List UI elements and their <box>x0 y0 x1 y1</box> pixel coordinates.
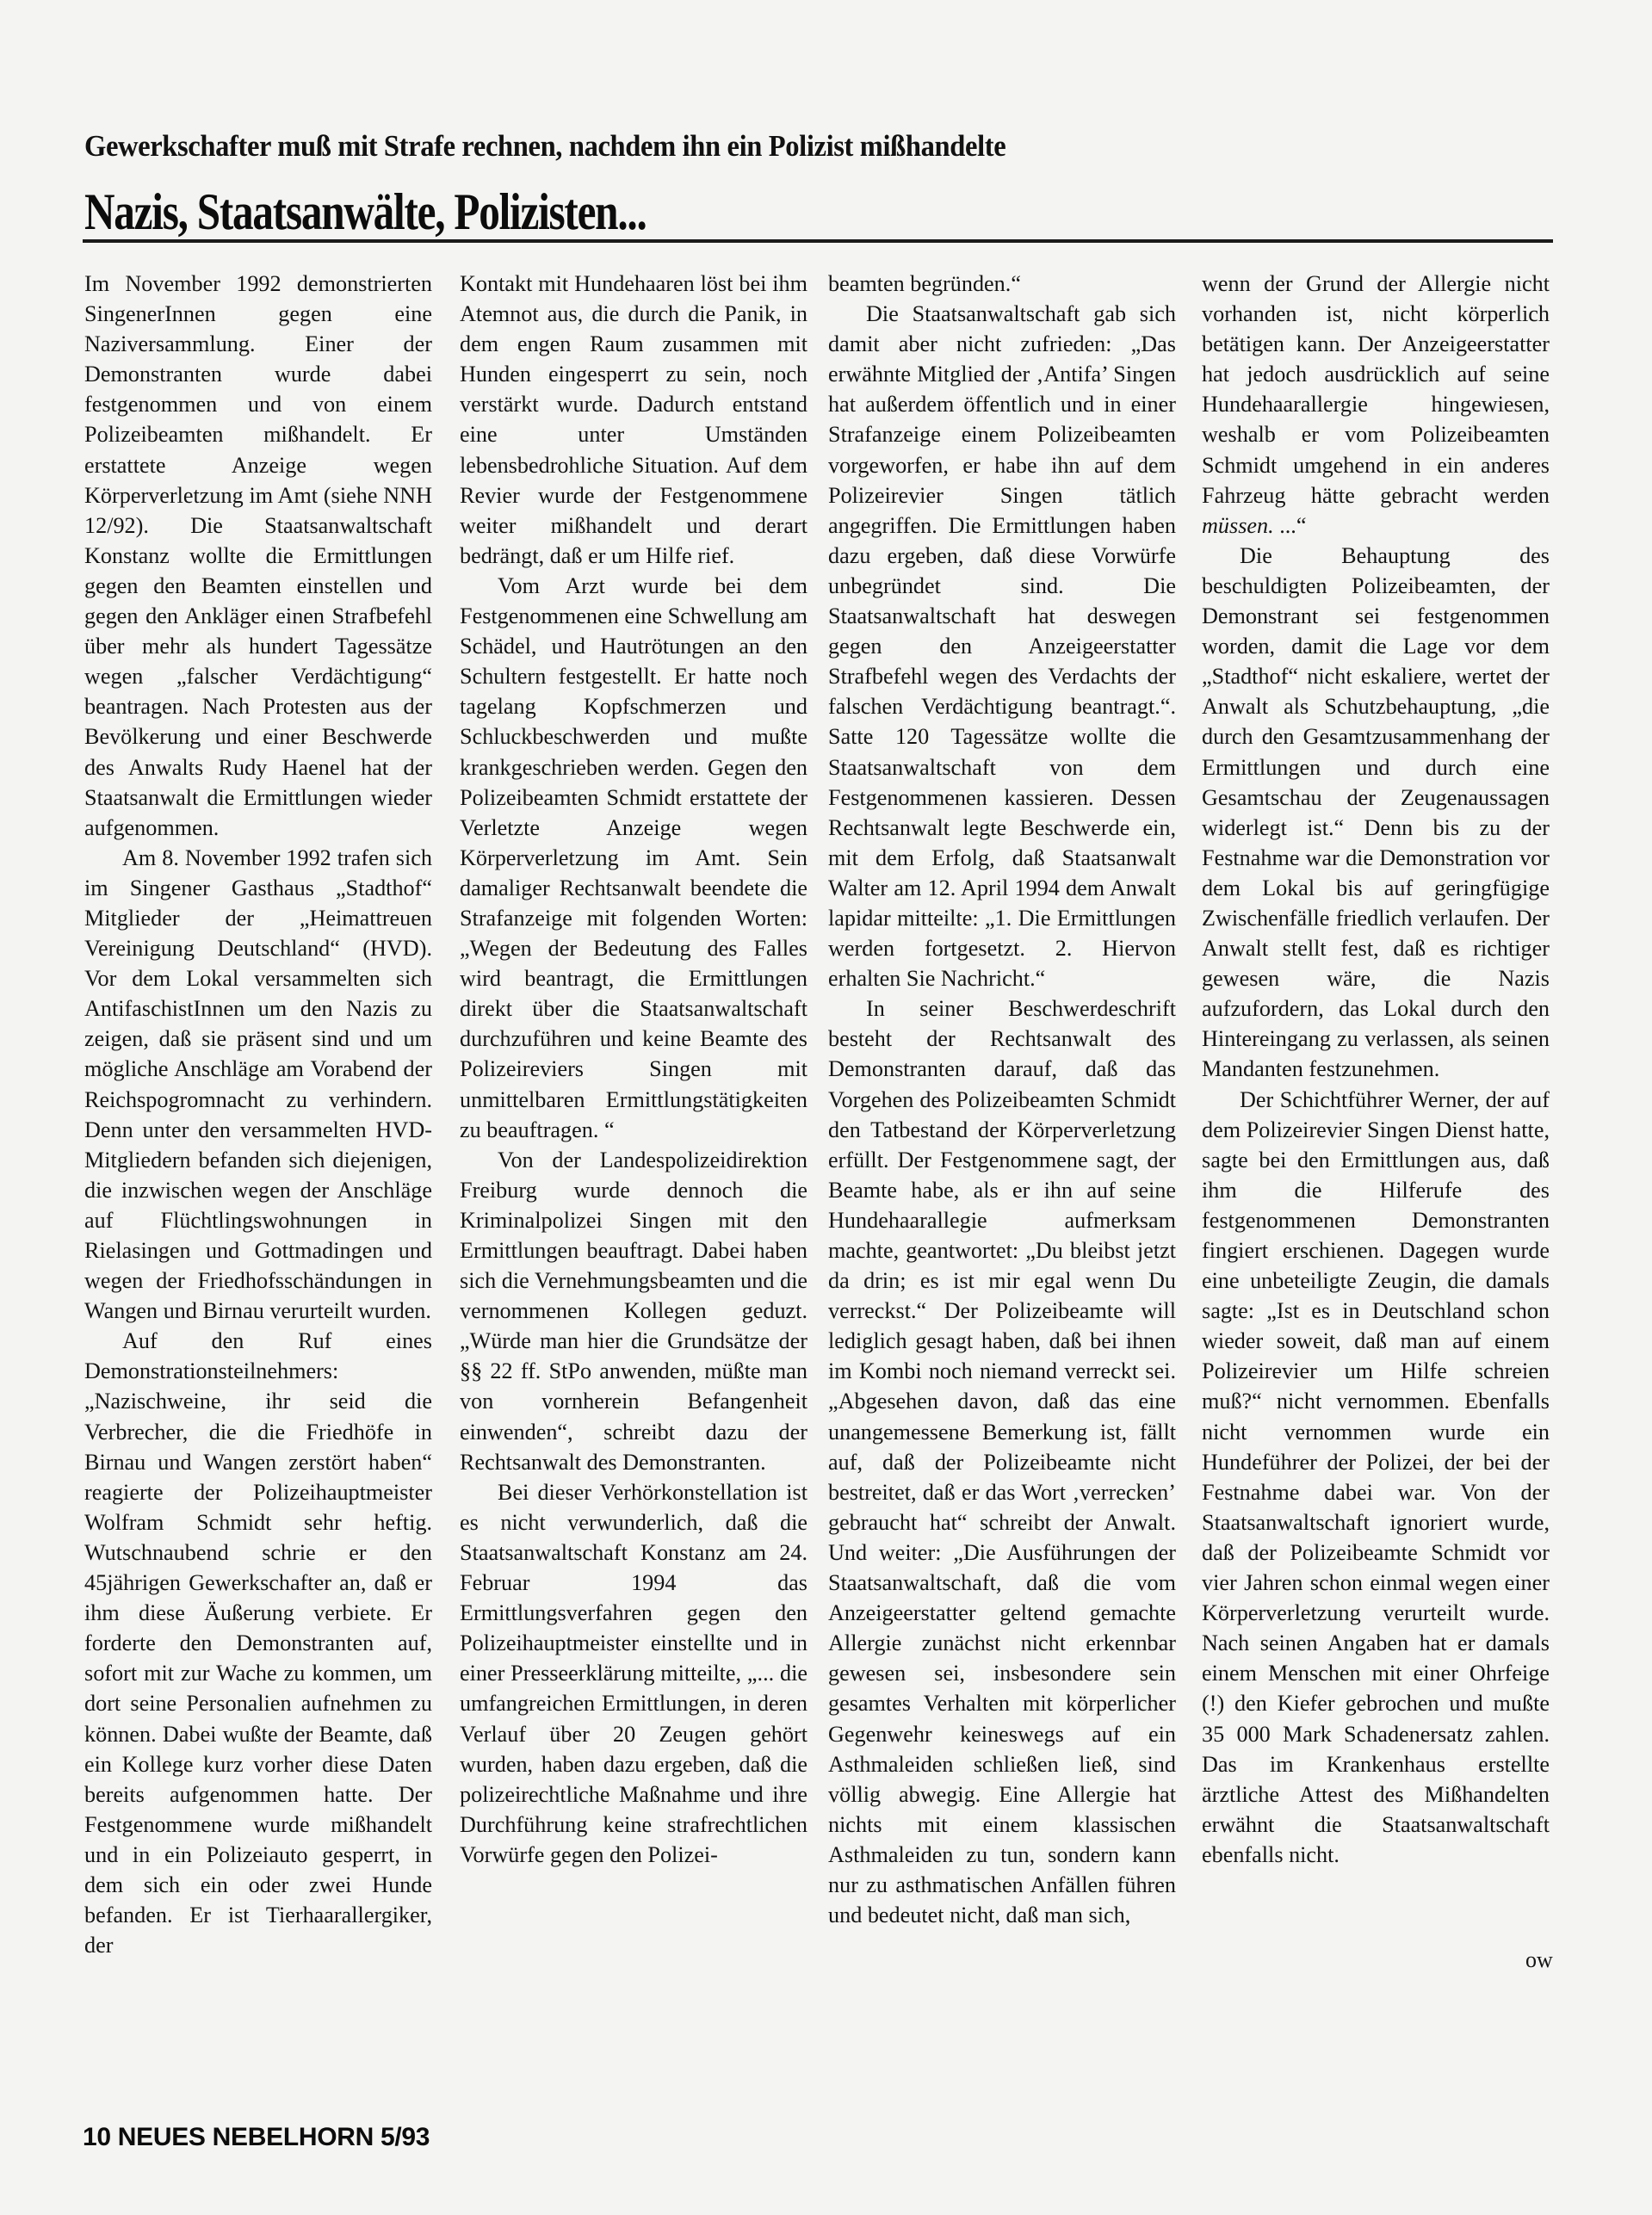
paragraph: wenn der Grund der Allergie nicht vorhan… <box>1202 269 1550 541</box>
paragraph: Auf den Ruf eines Demonstrationsteilnehm… <box>84 1326 432 1960</box>
paragraph: Im November 1992 demonstrierten Singener… <box>84 269 432 843</box>
issue-number: 5/93 <box>381 2123 430 2151</box>
paragraph: beamten begründen.“ <box>828 269 1176 299</box>
paragraph: Kontakt mit Hundehaaren löst bei ihm Ate… <box>460 269 807 571</box>
page-footer: 10NEUES NEBELHORN5/93 <box>83 2123 436 2152</box>
article-headline: Nazis, Staatsanwälte, Polizisten... <box>84 183 647 242</box>
paragraph: Die Staatsanwaltschaft gab sich damit ab… <box>828 299 1176 993</box>
article-kicker: Gewerkschafter muß mit Strafe rechnen, n… <box>84 129 1005 164</box>
paragraph: In seiner Beschwerdeschrift besteht der … <box>828 993 1176 1930</box>
paragraph: Vom Arzt wurde bei dem Festgenommenen ei… <box>460 571 807 1145</box>
page-number: 10 <box>83 2123 111 2151</box>
paragraph-text: wenn der Grund der Allergie nicht vorhan… <box>1202 271 1550 508</box>
paragraph: Der Schichtführer Werner, der auf dem Po… <box>1202 1085 1550 1870</box>
paragraph: Am 8. November 1992 trafen sich im Singe… <box>84 843 432 1327</box>
column-1: Im November 1992 demonstrierten Singener… <box>84 269 432 1960</box>
column-2: Kontakt mit Hundehaaren löst bei ihm Ate… <box>460 269 807 1870</box>
paragraph: Die Behauptung des beschuldigten Polizei… <box>1202 541 1550 1085</box>
column-4: wenn der Grund der Allergie nicht vorhan… <box>1202 269 1550 1870</box>
column-3: beamten begründen.“ Die Staatsanwaltscha… <box>828 269 1176 1930</box>
paragraph: Von der Landespolizeidirektion Freiburg … <box>460 1145 807 1477</box>
quote-close: ...“ <box>1274 513 1307 538</box>
article-body: Im November 1992 demonstrierten Singener… <box>84 269 1555 2059</box>
paragraph: Bei dieser Verhörkonstellation ist es ni… <box>460 1477 807 1870</box>
italic-emphasis: müssen. <box>1202 513 1274 538</box>
headline-rule <box>83 239 1553 243</box>
author-initials: ow <box>1525 1947 1553 1973</box>
publication-name: NEUES NEBELHORN <box>118 2123 374 2151</box>
